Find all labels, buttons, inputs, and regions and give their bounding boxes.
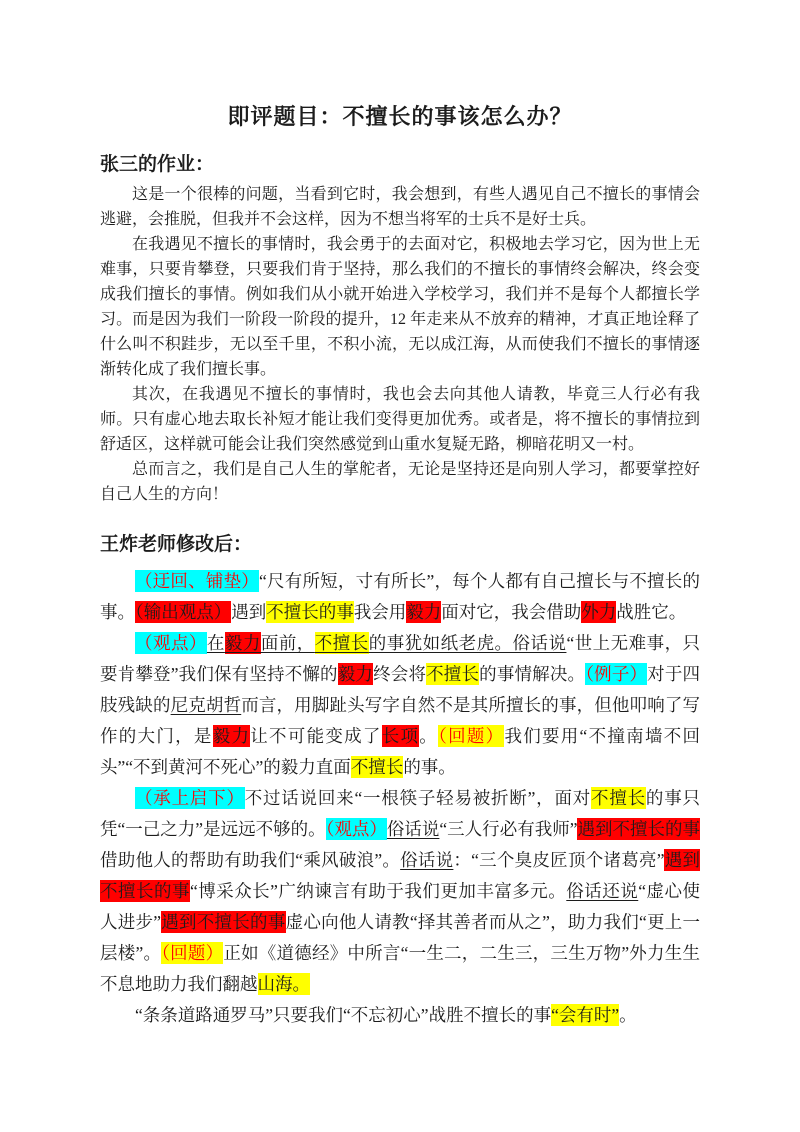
text-run: 借助他人的帮助有助我们“乘风破浪”。 xyxy=(100,849,400,871)
text-run: “三人行必有我师” xyxy=(439,818,577,840)
text-run: 。 xyxy=(419,725,438,747)
text-run: 的事情解决。 xyxy=(479,663,585,685)
teacher-paragraph: “条条道路通罗马”只要我们“不忘初心”战胜不擅长的事“会有时”。 xyxy=(100,1000,700,1031)
text-run: 不过话说回来“一根筷子轻易被折断”，面对 xyxy=(245,787,591,809)
highlight-run: （输出观点） xyxy=(135,601,231,623)
highlight-run: 毅力 xyxy=(406,601,441,623)
text-run: 在 xyxy=(207,632,225,654)
highlight-run: 不擅长 xyxy=(591,787,646,809)
student-paragraph: 其次，在我遇见不擅长的事情时，我也会去向其他人请教，毕竟三人行必有我师。只有虚心… xyxy=(100,382,700,457)
annotation-label: （例子） xyxy=(585,663,647,685)
text-run: 。 xyxy=(619,1004,637,1026)
highlight-run: 遇到不擅长的事 xyxy=(577,818,700,840)
text-run: 俗话说 xyxy=(387,818,440,840)
teacher-paragraph: （承上启下）不过话说回来“一根筷子轻易被折断”，面对不擅长的事只凭“一己之力”是… xyxy=(100,783,700,1000)
highlight-run: 不擅长的事 xyxy=(266,601,354,623)
student-paragraph: 总而言之，我们是自己人生的掌舵者，无论是坚持还是向别人学习，都要掌控好自己人生的… xyxy=(100,457,700,507)
text-run: 让不可能变成了 xyxy=(250,725,381,747)
text-run: 战胜它。 xyxy=(616,601,686,623)
teacher-paragraph: （观点）在毅力面前，不擅长的事犹如纸老虎。俗话说“世上无难事，只要肯攀登”我们保… xyxy=(100,628,700,783)
page-title: 即评题目：不擅长的事该怎么办？ xyxy=(100,100,700,131)
student-paragraph: 这是一个很棒的问题，当看到它时，我会想到，有些人遇见自己不擅长的事情会逃避，会推… xyxy=(100,182,700,232)
annotation-label: （观点） xyxy=(135,632,207,654)
text-run: 的事犹如纸老虎。俗话说 xyxy=(369,632,567,654)
highlight-run: 毅力 xyxy=(213,725,251,747)
annotation-label: （承上启下） xyxy=(135,787,245,809)
highlight-run: 毅力 xyxy=(225,632,261,654)
highlight-run: 不擅长 xyxy=(351,756,404,778)
highlight-run: 遇到不擅长的事 xyxy=(161,911,286,933)
text-run: 遇到 xyxy=(231,601,266,623)
annotation-label: （观点） xyxy=(326,818,387,840)
text-run: 尼克胡哲 xyxy=(171,694,242,716)
highlight-run: 不擅长 xyxy=(315,632,369,654)
highlight-run: 外力 xyxy=(581,601,616,623)
student-paragraphs: 这是一个很棒的问题，当看到它时，我会想到，有些人遇见自己不擅长的事情会逃避，会推… xyxy=(100,182,700,507)
teacher-paragraph: （迂回、铺垫）“尺有所短，寸有所长”，每个人都有自己擅长与不擅长的事。（输出观点… xyxy=(100,566,700,628)
highlight-run: “会有时” xyxy=(551,1004,619,1026)
text-run: 我会用 xyxy=(354,601,407,623)
text-run: 面前， xyxy=(261,632,315,654)
teacher-paragraphs: （迂回、铺垫）“尺有所短，寸有所长”，每个人都有自己擅长与不擅长的事。（输出观点… xyxy=(100,566,700,1031)
text-run: 俗话说 xyxy=(400,849,453,871)
highlight-run: 长项 xyxy=(382,725,420,747)
highlight-run: 山海。 xyxy=(258,973,311,995)
annotation-label: （回题） xyxy=(161,942,223,964)
annotation-label: （回题） xyxy=(438,725,504,747)
text-run: 终会将 xyxy=(373,663,426,685)
text-run: “博采众长”广纳谏言有助于我们更加丰富多元。 xyxy=(190,880,566,902)
text-run: “条条道路通罗马”只要我们“不忘初心”战胜不擅长的事 xyxy=(135,1004,551,1026)
annotation-label: （迂回、铺垫） xyxy=(135,570,259,592)
section-heading-teacher: 王炸老师修改后： xyxy=(100,529,700,556)
text-run: ：“三个臭皮匠顶个诸葛亮” xyxy=(453,849,664,871)
text-run: 的事。 xyxy=(403,756,456,778)
document-page: 即评题目：不擅长的事该怎么办？ 张三的作业： 这是一个很棒的问题，当看到它时，我… xyxy=(0,0,800,1132)
text-run: 俗话还说 xyxy=(566,880,638,902)
text-run: 面对它，我会借助 xyxy=(441,601,581,623)
student-paragraph: 在我遇见不擅长的事情时，我会勇于的去面对它，积极地去学习它，因为世上无难事，只要… xyxy=(100,232,700,382)
section-heading-student: 张三的作业： xyxy=(100,149,700,176)
highlight-run: 不擅长 xyxy=(426,663,479,685)
highlight-run: 毅力 xyxy=(338,663,373,685)
